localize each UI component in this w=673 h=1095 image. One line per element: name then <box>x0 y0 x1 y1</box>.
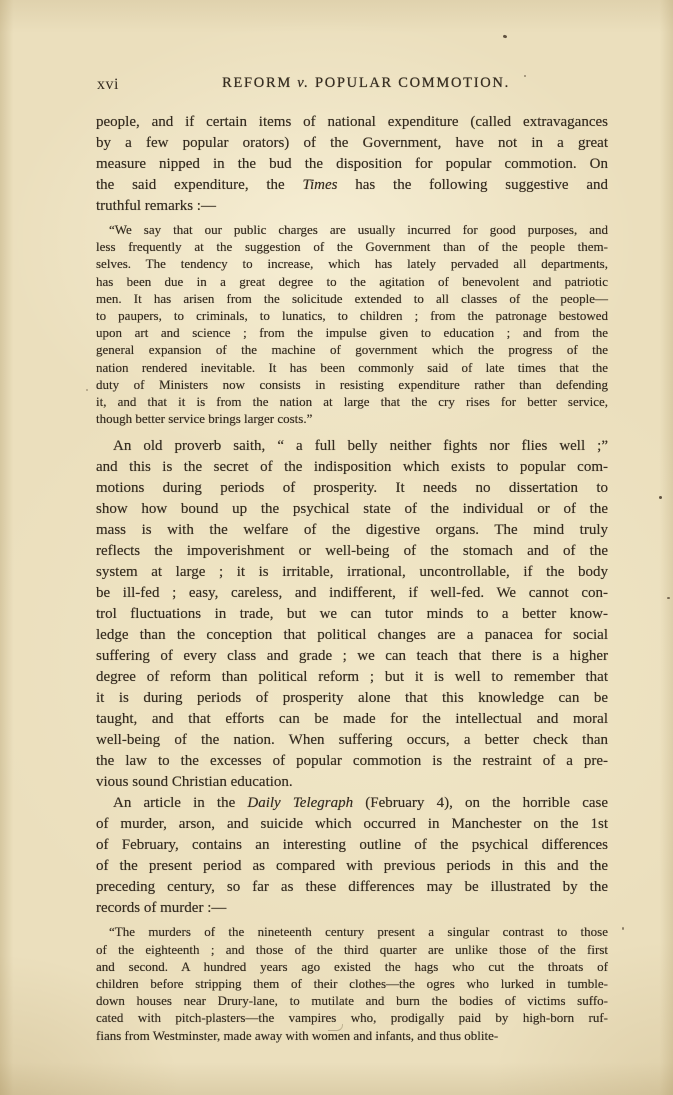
page-text: people, and if certain items of national… <box>96 112 608 1044</box>
text-line: men. It has arisen from the solicitude e… <box>96 290 608 307</box>
text-line: and this is the secret of the indisposit… <box>96 457 608 478</box>
text-line: records of murder :— <box>96 898 608 919</box>
paper-speck <box>524 75 526 77</box>
text-line: cated with pitch-plasters—the vampires w… <box>96 1009 608 1026</box>
text-line: “We say that our public charges are usua… <box>96 221 608 238</box>
text-line: general expansion of the machine of gove… <box>96 341 608 358</box>
text-line: measure nipped in the bud the dispositio… <box>96 154 608 175</box>
text-line: and second. A hundred years ago existed … <box>96 958 608 975</box>
text-line: degree of reform than political reform ;… <box>96 667 608 688</box>
text-line: vious sound Christian education. <box>96 772 608 793</box>
text-line: the said expenditure, the Times has the … <box>96 175 608 196</box>
paragraph: An article in the Daily Telegraph (Febru… <box>96 793 608 919</box>
text-line: motions during periods of prosperity. It… <box>96 478 608 499</box>
text-line: by a few popular orators) of the Governm… <box>96 133 608 154</box>
text-line: “The murders of the nineteenth century p… <box>96 923 608 940</box>
quoted-extract: “The murders of the nineteenth century p… <box>96 923 608 1043</box>
text-line: reflects the impoverishment or well-bein… <box>96 541 608 562</box>
text-line: An old proverb saith, “ a full belly nei… <box>96 436 608 457</box>
paper-speck <box>659 496 662 499</box>
paragraph: people, and if certain items of national… <box>96 112 608 217</box>
text-line: people, and if certain items of national… <box>96 112 608 133</box>
paper-speck <box>86 389 88 391</box>
text-line: it is during periods of prosperity alone… <box>96 688 608 709</box>
text-line: mass is with the welfare of the digestiv… <box>96 520 608 541</box>
text-line: system at large ; it is irritable, irrat… <box>96 562 608 583</box>
text-line: trol fluctuations in trade, but we can t… <box>96 604 608 625</box>
text-line: of the present period as compared with p… <box>96 856 608 877</box>
paragraph: An old proverb saith, “ a full belly nei… <box>96 436 608 793</box>
text-line: of murder, arson, and suicide which occu… <box>96 814 608 835</box>
text-line: it, and that it is from the nation at la… <box>96 393 608 410</box>
page-header: xvi REFORM v. POPULAR COMMOTION. <box>96 75 608 95</box>
text-line: though better service brings larger cost… <box>96 410 608 427</box>
text-line: of the eighteenth ; and those of the thi… <box>96 941 608 958</box>
text-column: xvi REFORM v. POPULAR COMMOTION. people,… <box>96 75 608 1053</box>
text-line: down houses near Drury-lane, to mutilate… <box>96 992 608 1009</box>
text-line: less frequently at the suggestion of the… <box>96 238 608 255</box>
text-line: upon art and science ; from the impulse … <box>96 324 608 341</box>
paper-speck <box>667 597 670 599</box>
text-line: suffering of every class and grade ; we … <box>96 646 608 667</box>
text-line: selves. The tendency to increase, which … <box>96 255 608 272</box>
paper-speck <box>622 927 624 930</box>
book-page: xvi REFORM v. POPULAR COMMOTION. people,… <box>0 0 673 1095</box>
text-line: An article in the Daily Telegraph (Febru… <box>96 793 608 814</box>
text-line: well-being of the nation. When suffering… <box>96 730 608 751</box>
text-line: has been due in a great degree to the ag… <box>96 273 608 290</box>
running-title: REFORM v. POPULAR COMMOTION. <box>96 75 608 92</box>
text-line: nation rendered inevitable. It has been … <box>96 359 608 376</box>
text-line: show how bound up the psychical state of… <box>96 499 608 520</box>
page-number: xvi <box>97 76 119 94</box>
text-line: fians from Westminster, made away with w… <box>96 1027 608 1044</box>
text-line: taught, and that efforts can be made for… <box>96 709 608 730</box>
paper-speck <box>503 34 508 38</box>
text-line: of February, contains an interesting out… <box>96 835 608 856</box>
text-line: preceding century, so far as these diffe… <box>96 877 608 898</box>
text-line: truthful remarks :— <box>96 196 608 217</box>
text-line: children before stripping them of their … <box>96 975 608 992</box>
text-line: duty of Ministers now consists in resist… <box>96 376 608 393</box>
text-line: be ill-fed ; easy, careless, and indiffe… <box>96 583 608 604</box>
text-line: the law to the excesses of popular commo… <box>96 751 608 772</box>
text-line: ledge than the conception that political… <box>96 625 608 646</box>
quoted-extract: “We say that our public charges are usua… <box>96 221 608 427</box>
text-line: to paupers, to criminals, to lunatics, t… <box>96 307 608 324</box>
